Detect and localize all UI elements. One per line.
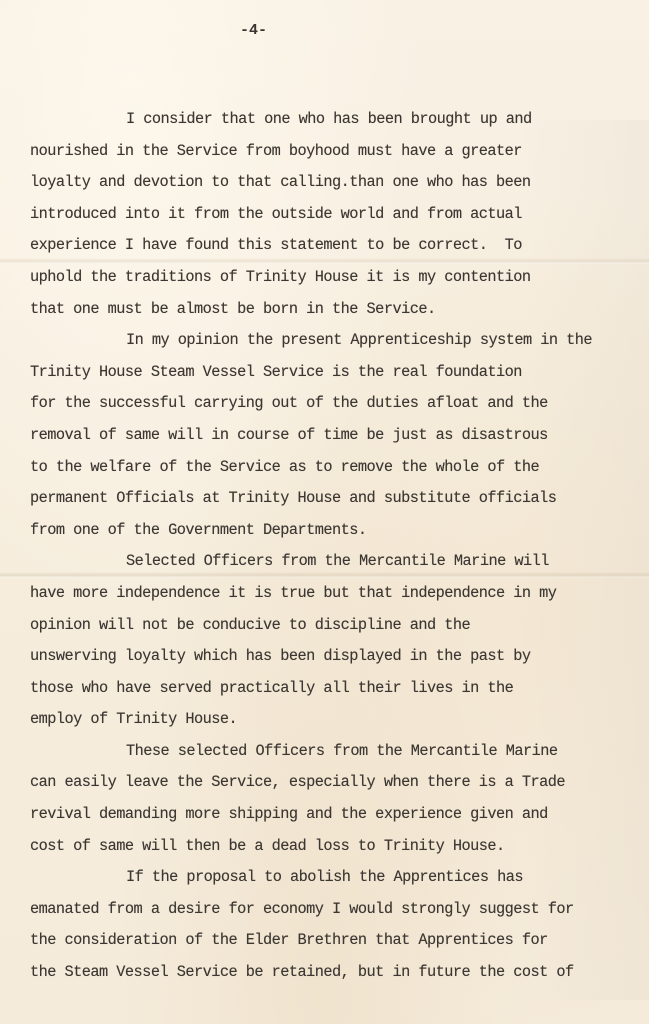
text-line: experience I have found this statement t…: [30, 230, 649, 262]
text-line: unswerving loyalty which has been displa…: [30, 641, 649, 673]
text-line: to the welfare of the Service as to remo…: [30, 452, 649, 484]
text-line: from one of the Government Departments.: [30, 515, 649, 547]
text-line: emanated from a desire for economy I wou…: [30, 894, 649, 926]
text-line: Selected Officers from the Mercantile Ma…: [30, 546, 649, 578]
text-line: opinion will not be conducive to discipl…: [30, 610, 649, 642]
text-line: cost of same will then be a dead loss to…: [30, 831, 649, 863]
text-line: revival demanding more shipping and the …: [30, 799, 649, 831]
text-line: loyalty and devotion to that calling.tha…: [30, 167, 649, 199]
text-line: Trinity House Steam Vessel Service is th…: [30, 357, 649, 389]
typewritten-body: I consider that one who has been brought…: [30, 104, 649, 989]
text-line: the consideration of the Elder Brethren …: [30, 925, 649, 957]
text-line: introduced into it from the outside worl…: [30, 199, 649, 231]
text-line: nourished in the Service from boyhood mu…: [30, 136, 649, 168]
text-line: employ of Trinity House.: [30, 704, 649, 736]
text-line: uphold the traditions of Trinity House i…: [30, 262, 649, 294]
text-line: I consider that one who has been brought…: [30, 104, 649, 136]
text-line: In my opinion the present Apprenticeship…: [30, 325, 649, 357]
text-line: If the proposal to abolish the Apprentic…: [30, 862, 649, 894]
text-line: permanent Officials at Trinity House and…: [30, 483, 649, 515]
text-line: removal of same will in course of time b…: [30, 420, 649, 452]
text-line: for the successful carrying out of the d…: [30, 388, 649, 420]
text-line: those who have served practically all th…: [30, 673, 649, 705]
text-line: that one must be almost be born in the S…: [30, 294, 649, 326]
text-line: the Steam Vessel Service be retained, bu…: [30, 957, 649, 989]
text-line: can easily leave the Service, especially…: [30, 767, 649, 799]
text-line: have more independence it is true but th…: [30, 578, 649, 610]
page-number: -4-: [240, 22, 267, 39]
text-line: These selected Officers from the Mercant…: [30, 736, 649, 768]
